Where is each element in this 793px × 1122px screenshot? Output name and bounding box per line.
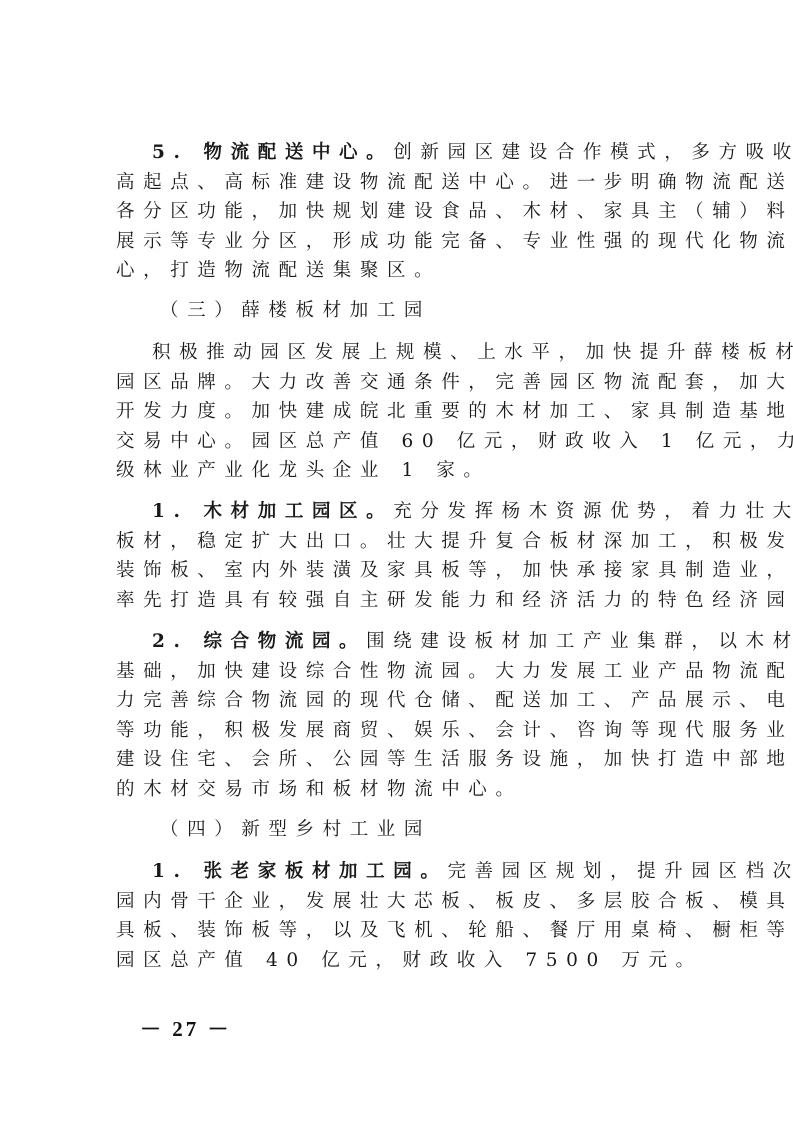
line-text: （三）薛楼板材加工园 xyxy=(160,300,431,321)
item-heading: 1. 张老家板材加工园。 xyxy=(152,861,447,882)
line-text: 围绕建设板材加工产业集群，以木材市场为 xyxy=(366,631,793,652)
text-line: 园区总产值 40 亿元，财政收入 7500 万元。 xyxy=(116,946,706,976)
item-heading: 5. 物流配送中心。 xyxy=(152,142,393,163)
text-line: （三）薛楼板材加工园 xyxy=(160,296,750,326)
text-line: 建设住宅、会所、公园等生活服务设施，加快打造中部地区重要 xyxy=(116,745,706,775)
text-line: 园内骨干企业，发展壮大芯板、板皮、多层胶合板、模具板、家 xyxy=(116,887,706,917)
text-line: 的木材交易市场和板材物流中心。 xyxy=(116,775,706,805)
line-text: 交易中心。园区总产值 60 亿元，财政收入 1 亿元，力争培育国家 xyxy=(116,431,793,452)
line-text: （四）新型乡村工业园 xyxy=(160,819,431,840)
text-line: 展示等专业分区，形成功能完备、专业性强的现代化物流配送中 xyxy=(116,227,706,257)
line-text: 高起点、高标准建设物流配送中心。进一步明确物流配送中心内 xyxy=(116,172,793,193)
line-text: 等功能，积极发展商贸、娱乐、会计、咨询等现代服务业，加快 xyxy=(116,720,793,741)
line-text: 率先打造具有较强自主研发能力和经济活力的特色经济园。 xyxy=(116,590,793,611)
text-line: 基础，加快建设综合性物流园。大力发展工业产品物流配送，大 xyxy=(116,657,706,687)
line-text: 园区品牌。大力改善交通条件，完善园区物流配套，加大房地产 xyxy=(116,372,793,393)
text-line: 5. 物流配送中心。创新园区建设合作模式，多方吸收资金， xyxy=(152,138,742,168)
text-line: 高起点、高标准建设物流配送中心。进一步明确物流配送中心内 xyxy=(116,168,706,198)
text-line: 率先打造具有较强自主研发能力和经济活力的特色经济园。 xyxy=(116,586,706,616)
line-text: 充分发挥杨木资源优势，着力壮大中高档 xyxy=(393,501,793,522)
text-line: 交易中心。园区总产值 60 亿元，财政收入 1 亿元，力争培育国家 xyxy=(116,427,706,457)
line-text: 装饰板、室内外装潢及家具板等，加快承接家具制造业，在全县 xyxy=(116,560,793,581)
text-line: 1. 张老家板材加工园。完善园区规划，提升园区档次。依托 xyxy=(152,857,742,887)
text-line: 2. 综合物流园。围绕建设板材加工产业集群，以木材市场为 xyxy=(152,627,742,657)
page-number: － 27 － xyxy=(140,1013,232,1043)
line-text: 级林业产业化龙头企业 1 家。 xyxy=(116,460,491,481)
line-text: 的木材交易市场和板材物流中心。 xyxy=(116,779,523,800)
line-text: 园区总产值 40 亿元，财政收入 7500 万元。 xyxy=(116,950,703,971)
document-page: 5. 物流配送中心。创新园区建设合作模式，多方吸收资金，高起点、高标准建设物流配… xyxy=(0,0,793,1122)
text-line: 积极推动园区发展上规模、上水平，加快提升薛楼板材加工 xyxy=(152,338,742,368)
line-text: 完善园区规划，提升园区档次。依托 xyxy=(447,861,793,882)
text-line: 具板、装饰板等，以及飞机、轮船、餐厅用桌椅、橱柜等家具， xyxy=(116,916,706,946)
line-text: 展示等专业分区，形成功能完备、专业性强的现代化物流配送中 xyxy=(116,231,793,252)
line-text: 各分区功能，加快规划建设食品、木材、家具主（辅）料及产品 xyxy=(116,201,793,222)
text-line: 各分区功能，加快规划建设食品、木材、家具主（辅）料及产品 xyxy=(116,197,706,227)
line-text: 开发力度。加快建成皖北重要的木材加工、家具制造基地和木材 xyxy=(116,401,793,422)
text-line: （四）新型乡村工业园 xyxy=(160,815,750,845)
text-line: 开发力度。加快建成皖北重要的木材加工、家具制造基地和木材 xyxy=(116,397,706,427)
text-line: 板材，稳定扩大出口。壮大提升复合板材深加工，积极发展车船 xyxy=(116,527,706,557)
text-line: 园区品牌。大力改善交通条件，完善园区物流配套，加大房地产 xyxy=(116,368,706,398)
text-line: 力完善综合物流园的现代仓储、配送加工、产品展示、电子商务 xyxy=(116,686,706,716)
line-text: 创新园区建设合作模式，多方吸收资金， xyxy=(393,142,793,163)
text-line: 级林业产业化龙头企业 1 家。 xyxy=(116,456,706,486)
item-heading: 1. 木材加工园区。 xyxy=(152,501,393,522)
line-text: 心，打造物流配送集聚区。 xyxy=(116,260,441,281)
line-text: 建设住宅、会所、公园等生活服务设施，加快打造中部地区重要 xyxy=(116,749,793,770)
text-line: 心，打造物流配送集聚区。 xyxy=(116,256,706,286)
text-line: 装饰板、室内外装潢及家具板等，加快承接家具制造业，在全县 xyxy=(116,556,706,586)
line-text: 积极推动园区发展上规模、上水平，加快提升薛楼板材加工 xyxy=(152,342,793,363)
item-heading: 2. 综合物流园。 xyxy=(152,631,366,652)
line-text: 基础，加快建设综合性物流园。大力发展工业产品物流配送，大 xyxy=(116,661,793,682)
line-text: 力完善综合物流园的现代仓储、配送加工、产品展示、电子商务 xyxy=(116,690,793,711)
text-line: 等功能，积极发展商贸、娱乐、会计、咨询等现代服务业，加快 xyxy=(116,716,706,746)
text-line: 1. 木材加工园区。充分发挥杨木资源优势，着力壮大中高档 xyxy=(152,497,742,527)
line-text: 具板、装饰板等，以及飞机、轮船、餐厅用桌椅、橱柜等家具， xyxy=(116,920,793,941)
line-text: 园内骨干企业，发展壮大芯板、板皮、多层胶合板、模具板、家 xyxy=(116,891,793,912)
line-text: 板材，稳定扩大出口。壮大提升复合板材深加工，积极发展车船 xyxy=(116,531,793,552)
